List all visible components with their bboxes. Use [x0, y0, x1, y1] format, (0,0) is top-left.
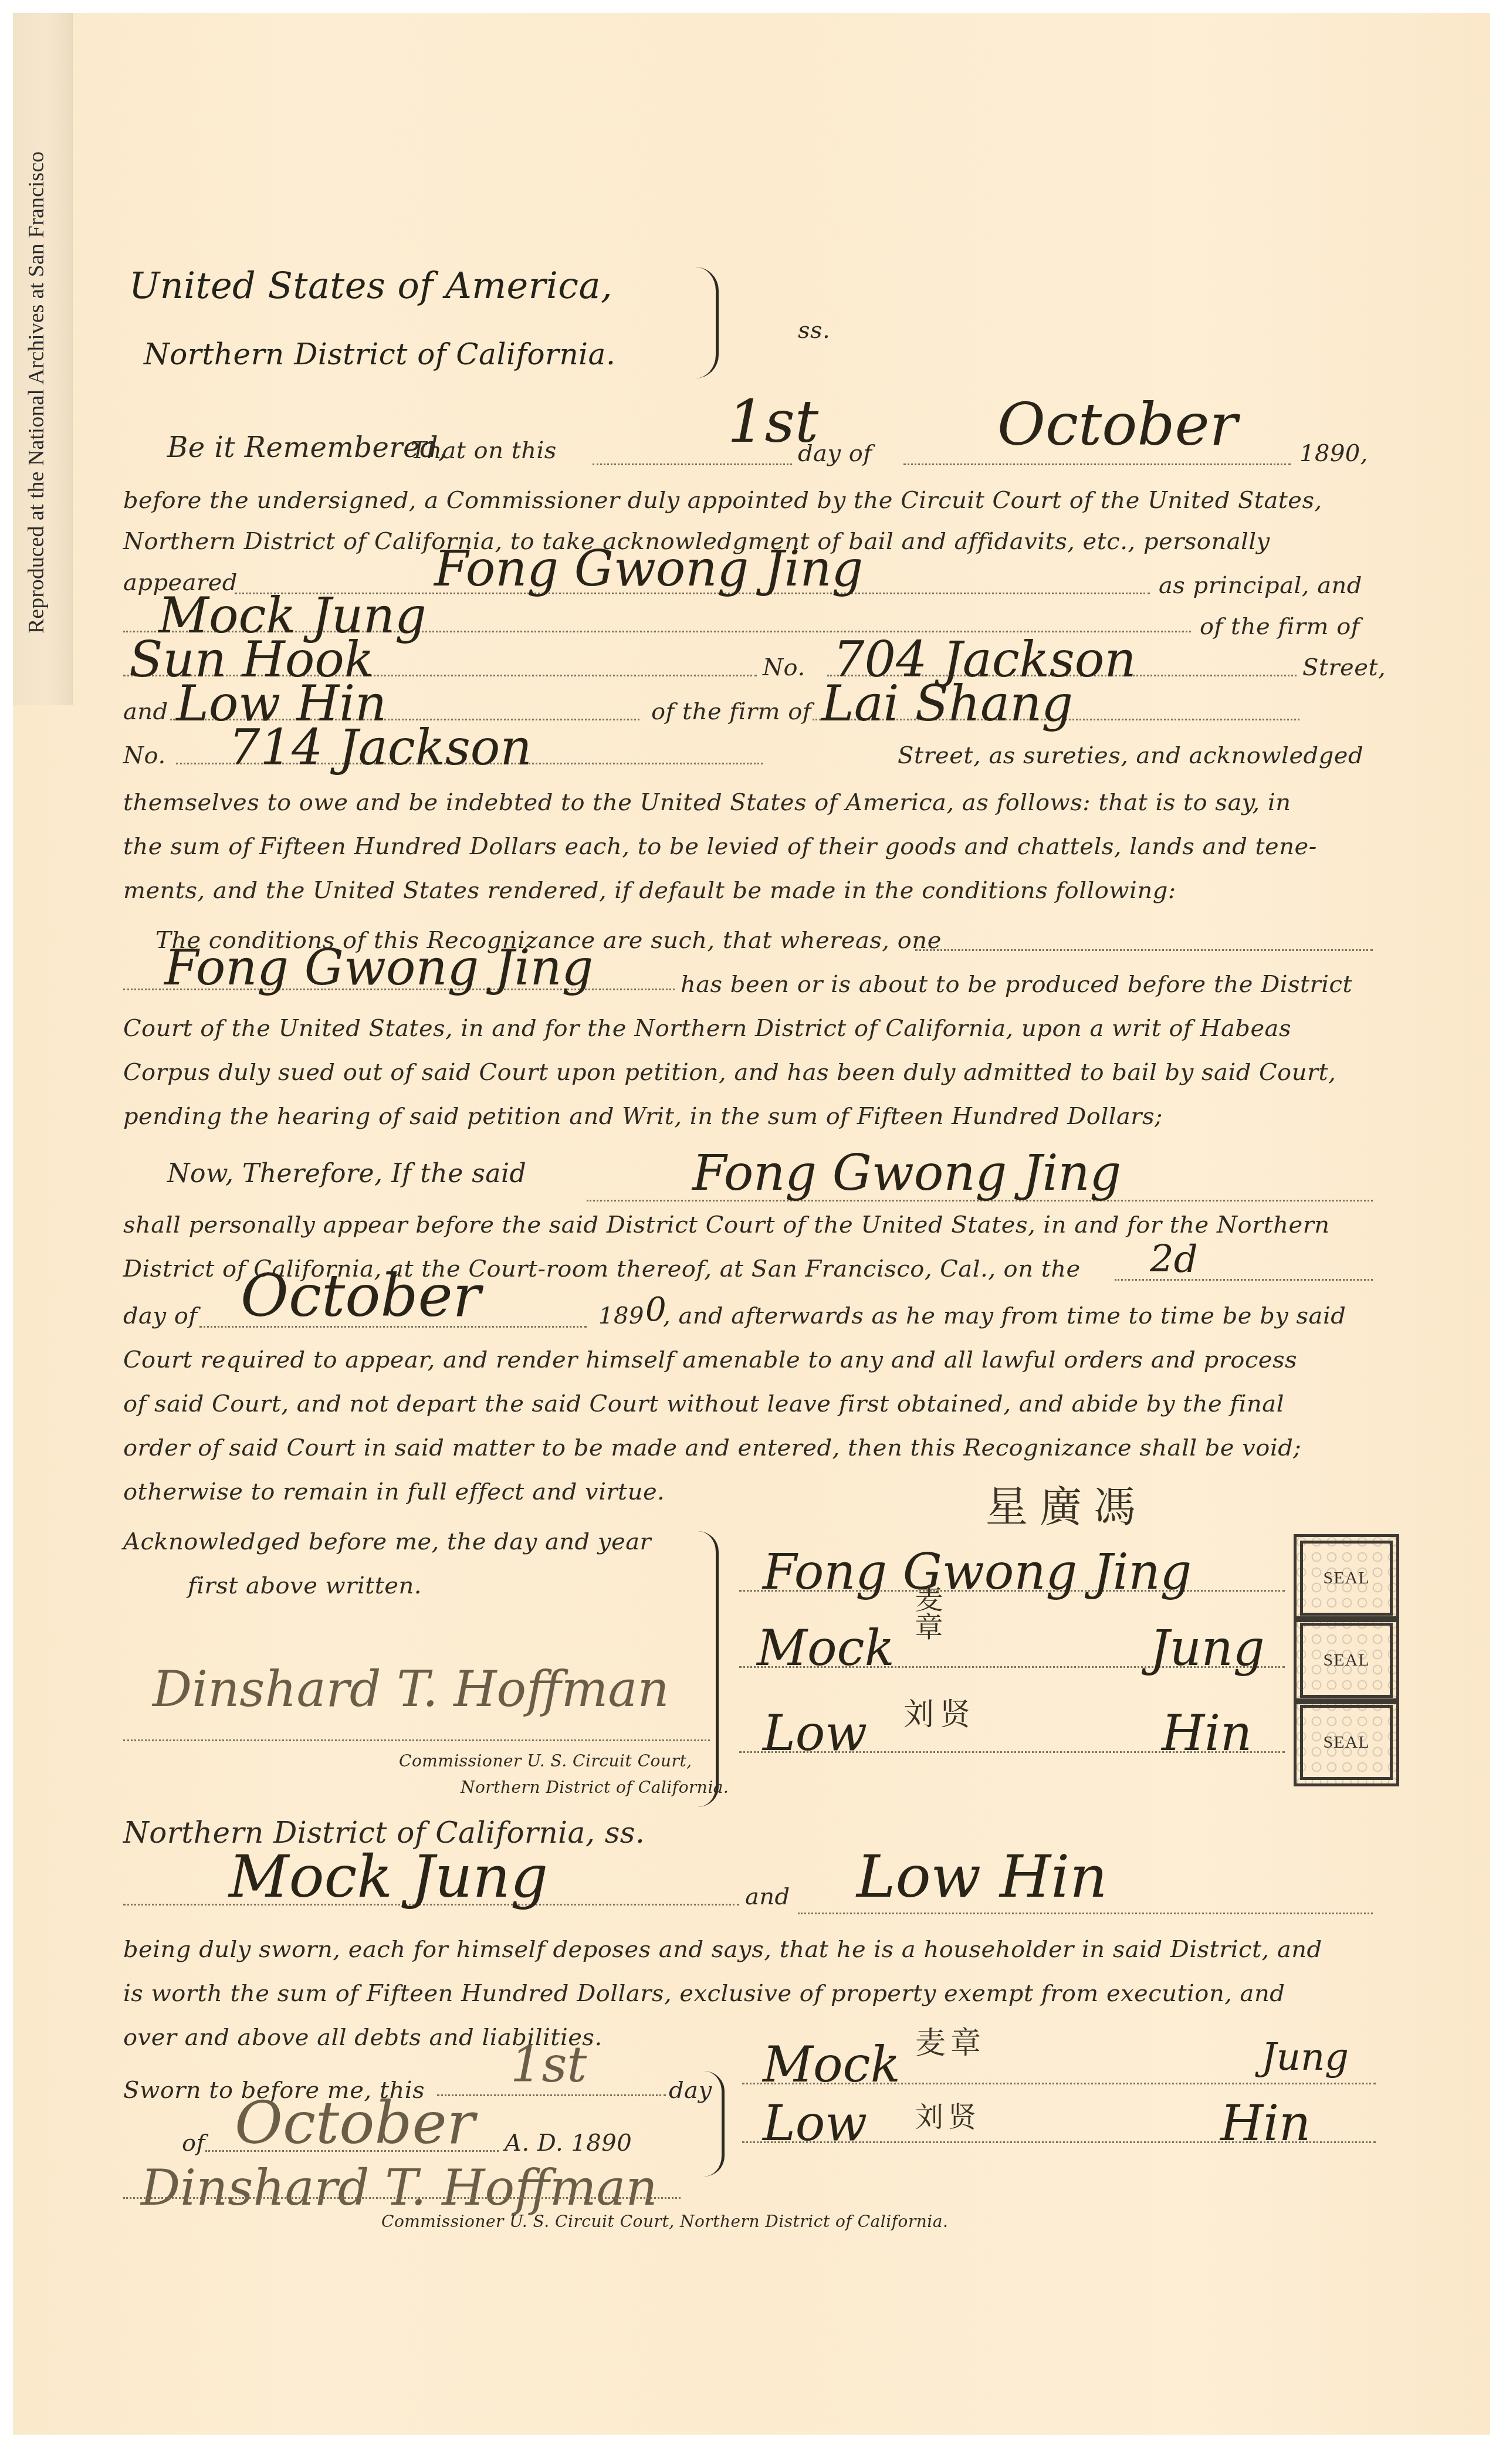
surety2-first-signature: Low [763, 1704, 867, 1762]
of-firm-1: of the firm of [1200, 613, 1360, 640]
affidavit-and: and [745, 1883, 790, 1910]
seal-label: SEAL [1324, 1650, 1370, 1670]
affidavit-sign2-first: Low [763, 2094, 867, 2152]
now-therefore-name: Fong Gwong Jing [692, 1144, 1121, 1201]
that-on-this: That on this [411, 437, 557, 464]
seal-label: SEAL [1324, 1568, 1370, 1588]
conditions-blank-top [915, 949, 1373, 951]
seal-2: SEAL [1294, 1616, 1399, 1704]
now-therefore-line2: shall personally appear before the said … [123, 1211, 1330, 1238]
chinese-principal-signature: 星廣馮 [986, 1473, 1148, 1534]
conditions-line5: pending the hearing of said petition and… [123, 1103, 1163, 1130]
seal-label: SEAL [1324, 1732, 1370, 1752]
day-blank [593, 463, 792, 465]
recognizance-ments: ments, and the United States rendered, i… [123, 877, 1176, 904]
day-of-2: day of [123, 1302, 198, 1329]
no-label-2: No. [123, 742, 166, 769]
surety1-last-signature: Jung [1150, 1619, 1265, 1677]
affidavit-commissioner-signature: Dinshard T. Hoffman [141, 2159, 657, 2216]
be-it-remembered: Be it Remembered, [167, 431, 448, 464]
now-therefore-line7: order of said Court in said matter to be… [123, 1434, 1301, 1461]
ack-title2: Northern District of California. [461, 1778, 729, 1797]
sworn-brace [704, 2071, 725, 2177]
surety1-chinese-signature: 麦章 [906, 1584, 947, 1640]
conditions-name-value: Fong Gwong Jing [164, 939, 593, 996]
sworn-ad-year: A. D. 1890 [505, 2130, 632, 2157]
month-blank [903, 463, 1291, 465]
month2-value: October [241, 1261, 480, 1330]
affidavit-surety2-value: Low Hin [857, 1842, 1108, 1911]
year2-prefix: 189 [598, 1302, 644, 1329]
address2-value: 714 Jackson [229, 719, 532, 776]
now-therefore-line6: of said Court, and not depart the said C… [123, 1390, 1284, 1417]
archive-stamp: Reproduced at the National Archives at S… [23, 47, 49, 634]
affidavit-commissioner-title: Commissioner U. S. Circuit Court, Northe… [381, 2212, 948, 2231]
sworn-month-value: October [235, 2089, 475, 2157]
year-printed: 1890, [1299, 440, 1368, 467]
seal-3: SEAL [1294, 1698, 1399, 1786]
firm2-value: Lai Shang [821, 675, 1073, 732]
ack-line1: Acknowledged before me, the day and year [123, 1528, 651, 1555]
affidavit-sign2-chinese: 刘贤 [915, 2094, 981, 2135]
ack-title1: Commissioner U. S. Circuit Court, [399, 1751, 692, 1771]
ack-brace [698, 1531, 719, 1807]
affidavit-sign1-first: Mock [763, 2036, 901, 2093]
sworn-of-label: of [182, 2130, 205, 2157]
recognizance-owe: themselves to owe and be indebted to the… [123, 789, 1291, 816]
surety1-first-signature: Mock [757, 1619, 895, 1677]
ack-signature-line [123, 1739, 710, 1741]
affidavit-sign1-chinese: 麦章 [915, 2018, 986, 2062]
as-principal: as principal, and [1159, 572, 1362, 599]
conditions-line4: Corpus duly sued out of said Court upon … [123, 1059, 1336, 1086]
now-therefore-line8: otherwise to remain in full effect and v… [123, 1478, 665, 1505]
ack-line2: first above written. [188, 1572, 422, 1599]
day2-value: 2d [1150, 1238, 1198, 1281]
now-therefore-label: Now, Therefore, If the said [167, 1159, 526, 1189]
affidavit-line2: is worth the sum of Fifteen Hundred Doll… [123, 1980, 1285, 2007]
surety2-last-signature: Hin [1162, 1704, 1252, 1762]
header-brace [692, 267, 719, 378]
surety2-chinese-signature: 刘贤 [903, 1690, 976, 1734]
heading-usa: United States of America, [129, 264, 612, 307]
conditions-line2: has been or is about to be produced befo… [681, 971, 1352, 998]
recognizance-sum: the sum of Fifteen Hundred Dollars each,… [123, 833, 1317, 860]
street-sureties: Street, as sureties, and acknowledged [898, 742, 1363, 769]
no-label-1: No. [763, 654, 805, 681]
street-label-1: Street, [1302, 654, 1386, 681]
and-label: and [123, 698, 168, 725]
heading-district: Northern District of California. [144, 337, 615, 371]
affidavit-sign1-last: Jung [1261, 2036, 1349, 2079]
sworn-day-value: 1st [510, 2036, 587, 2093]
day-of: day of [798, 440, 872, 467]
conditions-line3: Court of the United States, in and for t… [123, 1015, 1291, 1042]
affidavit-surety1-value: Mock Jung [229, 1842, 548, 1911]
principal-value: Fong Gwong Jing [434, 540, 863, 597]
affidavit-commissioner-line [123, 2197, 681, 2199]
month-value: October [997, 390, 1237, 459]
of-firm-2: of the firm of [651, 698, 811, 725]
recognizance-line2: before the undersigned, a Commissioner d… [123, 487, 1322, 514]
affidavit-surety2-blank [798, 1913, 1373, 1914]
ack-commissioner-signature: Dinshard T. Hoffman [153, 1660, 669, 1718]
now-therefore-line5: Court required to appear, and render him… [123, 1346, 1297, 1373]
now-therefore-line4: , and afterwards as he may from time to … [663, 1302, 1346, 1329]
seal-1: SEAL [1294, 1534, 1399, 1622]
affidavit-sign2-last: Hin [1220, 2094, 1311, 2152]
header-ss: ss. [798, 317, 830, 344]
principal-signature: Fong Gwong Jing [763, 1543, 1192, 1600]
affidavit-line1: being duly sworn, each for himself depos… [123, 1936, 1322, 1963]
